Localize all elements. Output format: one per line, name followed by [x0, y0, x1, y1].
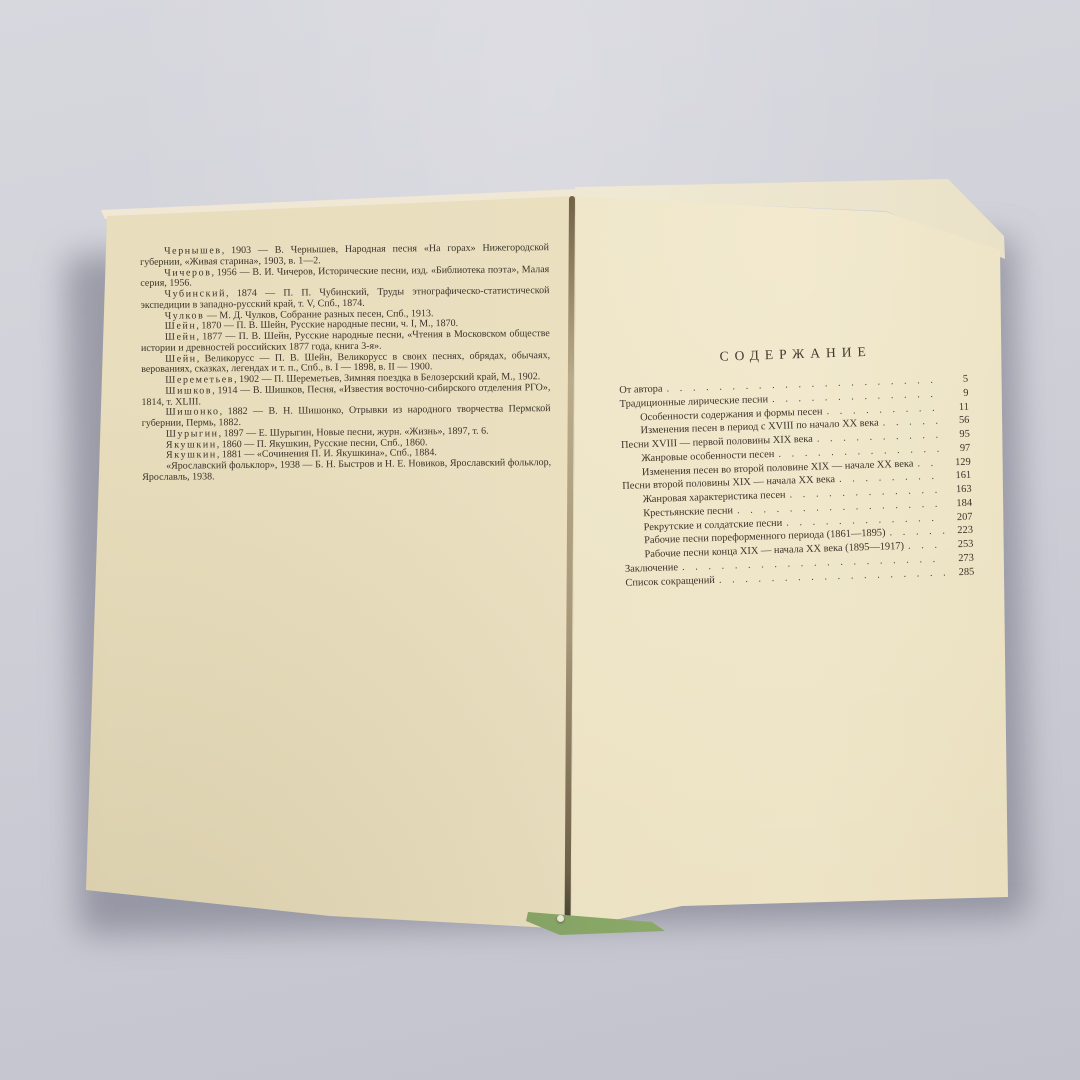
bibliography-entry-key: Шейн — [165, 353, 197, 364]
binding-thread-dot — [557, 915, 564, 922]
toc-entry-label: От автора — [619, 383, 663, 398]
toc-page-number: 9 — [944, 386, 968, 401]
toc-page-number: 5 — [944, 373, 968, 388]
bibliography-entry-key: Чулков — [165, 310, 205, 321]
toc-page-number: 253 — [949, 538, 973, 553]
bibliography-entry: «Ярославский фольклор», 1938 — Б. Н. Быс… — [142, 458, 551, 483]
dot-leader — [917, 456, 943, 471]
dot-leader — [908, 539, 946, 554]
toc-page-number: 11 — [945, 400, 969, 415]
bibliography-entry-key: Шейн — [165, 321, 197, 332]
bibliography-entry-key: Якушкин — [166, 439, 217, 450]
bibliography-entry-text: «Ярославский фольклор», 1938 — Б. Н. Быс… — [142, 457, 551, 483]
bibliography-entry-key: Шейн — [165, 331, 197, 342]
open-book-photo: Чернышев, 1903 — В. Чернышев, Народная п… — [0, 0, 1080, 1080]
bibliography-entry-key: Шурыгин — [166, 428, 219, 440]
toc-page-number: 163 — [947, 483, 971, 498]
toc-page-number: 129 — [947, 455, 971, 470]
toc-entry-label: Список сокращений — [625, 573, 715, 590]
toc-page-number: 285 — [950, 565, 974, 580]
bibliography-entry-key: Шишков — [165, 385, 212, 396]
toc-page-number: 207 — [948, 510, 972, 525]
toc-rows: От автора 5 Традиционные лирические песн… — [619, 373, 974, 590]
bibliography-entry-key: Якушкин — [166, 450, 217, 461]
toc-page-number: 161 — [947, 469, 971, 484]
toc-page-number: 273 — [950, 551, 974, 566]
table-of-contents: СОДЕРЖАНИЕ От автора 5 Традиционные лири… — [618, 341, 975, 590]
toc-page-number: 56 — [945, 414, 969, 429]
bibliography-entry-key: Чичеров — [164, 267, 211, 278]
toc-page-number: 95 — [946, 428, 970, 443]
toc-page-number: 97 — [946, 441, 970, 456]
bibliography-entry-key: Чернышев — [164, 245, 222, 257]
bibliography-entry-key: Шишонко — [166, 406, 220, 418]
bibliography-text-block: Чернышев, 1903 — В. Чернышев, Народная п… — [140, 243, 551, 483]
toc-page-number: 223 — [949, 524, 973, 539]
toc-page-number: 184 — [948, 496, 972, 511]
